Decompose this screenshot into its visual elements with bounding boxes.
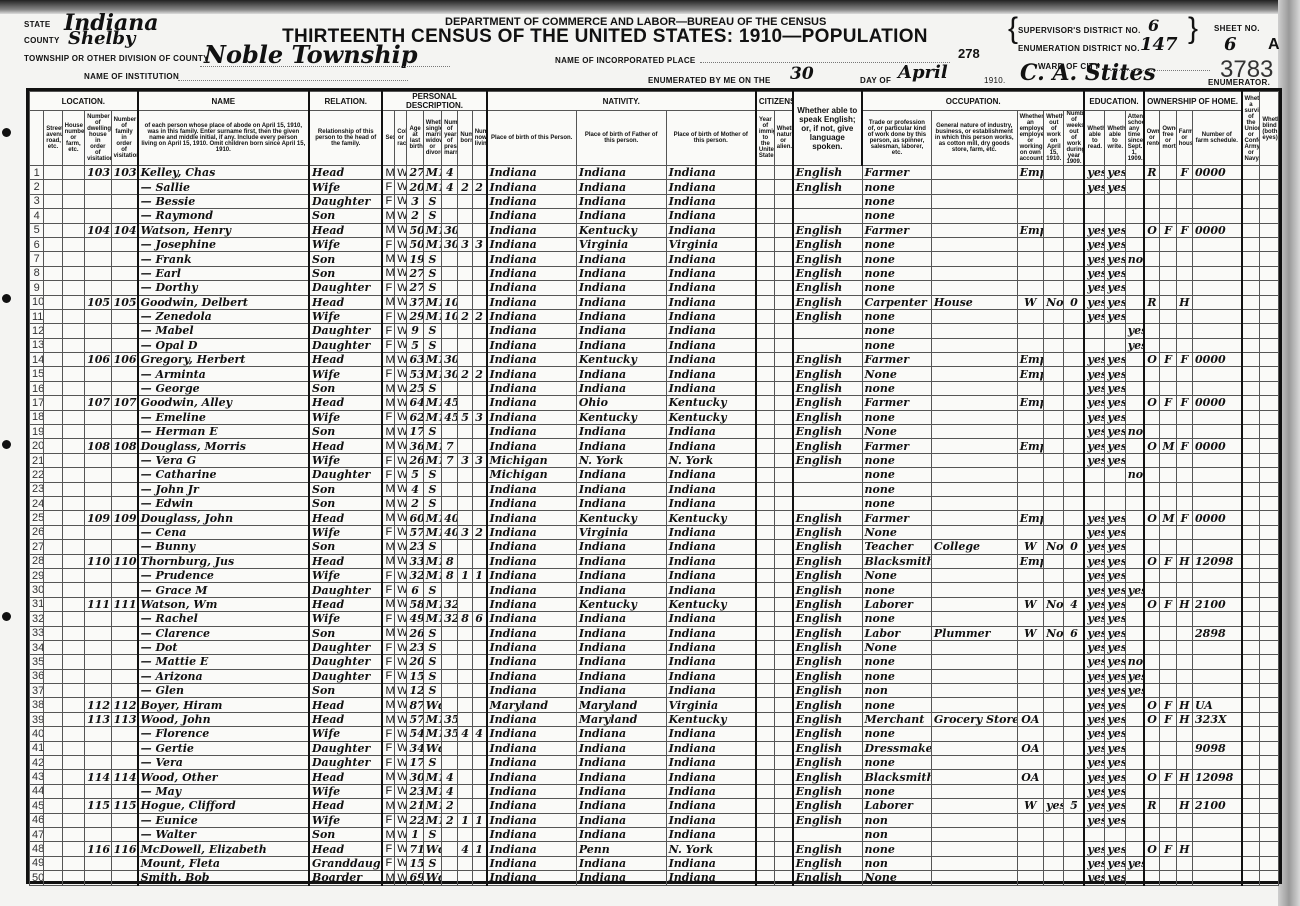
owned-rented-cell: O bbox=[1144, 439, 1160, 453]
race-cell: W bbox=[395, 712, 407, 726]
weeks-out-header: Number of weeks out of work during year … bbox=[1064, 111, 1084, 166]
family-number-cell: 111 bbox=[111, 597, 138, 611]
farm-house-cell bbox=[1176, 626, 1192, 640]
industry-cell bbox=[931, 871, 1017, 885]
trade-cell: Farmer bbox=[862, 166, 931, 180]
industry-cell bbox=[931, 482, 1017, 496]
sex-cell: F bbox=[382, 410, 394, 424]
father-birthplace-cell: Virginia bbox=[576, 237, 666, 251]
can-write-cell: yes bbox=[1105, 166, 1125, 180]
farm-house-cell: F bbox=[1176, 511, 1192, 525]
age-cell: 2 bbox=[407, 209, 423, 223]
industry-cell bbox=[931, 612, 1017, 626]
trade-cell: Laborer bbox=[862, 799, 931, 813]
sex-cell: M bbox=[382, 252, 394, 266]
free-mortgaged-cell bbox=[1160, 827, 1176, 841]
table-row: 35— Mattie EDaughterFW20SIndianaIndianaI… bbox=[30, 655, 1279, 669]
employer-status-cell bbox=[1017, 266, 1044, 280]
sex-header: Sex. bbox=[382, 111, 394, 166]
person-name-cell: — Edwin bbox=[138, 496, 309, 510]
employer-status-cell bbox=[1017, 727, 1044, 741]
years-married-cell bbox=[442, 381, 458, 395]
can-read-cell: yes bbox=[1084, 381, 1104, 395]
free-mortgaged-cell bbox=[1160, 482, 1176, 496]
house-number-cell bbox=[62, 525, 84, 539]
farm-house-cell: H bbox=[1176, 842, 1192, 856]
race-cell: W bbox=[395, 756, 407, 770]
children-born-cell bbox=[458, 756, 472, 770]
marital-status-cell: M1 bbox=[423, 353, 441, 367]
person-name-cell: Douglass, Morris bbox=[138, 439, 309, 453]
employer-status-cell bbox=[1017, 827, 1044, 841]
house-number-cell bbox=[62, 799, 84, 813]
sex-cell: F bbox=[382, 309, 394, 323]
language-cell: English bbox=[793, 396, 862, 410]
language-cell: English bbox=[793, 784, 862, 798]
owned-rented-cell bbox=[1144, 540, 1160, 554]
naturalization-cell bbox=[774, 295, 792, 309]
weeks-out-cell bbox=[1064, 784, 1084, 798]
person-name-cell: Watson, Henry bbox=[138, 223, 309, 237]
can-write-cell: yes bbox=[1105, 453, 1125, 467]
line-number-cell: 16 bbox=[30, 381, 44, 395]
out-of-work-cell bbox=[1044, 410, 1064, 424]
blind-deaf-cell bbox=[1260, 309, 1279, 323]
schedule-header: Number of farm schedule. bbox=[1193, 111, 1242, 166]
father-birthplace-cell: Indiana bbox=[576, 741, 666, 755]
birthplace-cell: Indiana bbox=[487, 583, 577, 597]
children-born-cell bbox=[458, 698, 472, 712]
farm-house-cell: F bbox=[1176, 166, 1192, 180]
trade-cell: Blacksmith bbox=[862, 554, 931, 568]
immigration-year-cell bbox=[756, 482, 774, 496]
naturalization-cell bbox=[774, 669, 792, 683]
person-name-cell: — Gertie bbox=[138, 741, 309, 755]
farm-schedule-codes-cell bbox=[1193, 237, 1242, 251]
employer-status-cell: Emp bbox=[1017, 554, 1044, 568]
school-cell: no bbox=[1125, 252, 1143, 266]
farm-schedule-codes-cell bbox=[1193, 309, 1242, 323]
dwelling-number-cell bbox=[85, 266, 112, 280]
birthplace-cell: Indiana bbox=[487, 655, 577, 669]
family-number-cell bbox=[111, 540, 138, 554]
house-number-cell bbox=[62, 237, 84, 251]
scan-top-edge bbox=[0, 0, 1300, 14]
trade-cell: none bbox=[862, 842, 931, 856]
dwelling-number-cell: 107 bbox=[85, 396, 112, 410]
naturalization-cell bbox=[774, 827, 792, 841]
line-number-cell: 14 bbox=[30, 353, 44, 367]
line-number-cell: 12 bbox=[30, 324, 44, 338]
owned-rented-cell: O bbox=[1144, 842, 1160, 856]
language-cell: English bbox=[793, 698, 862, 712]
school-cell bbox=[1125, 698, 1143, 712]
can-write-cell: yes bbox=[1105, 223, 1125, 237]
weeks-out-cell bbox=[1064, 381, 1084, 395]
mother-birthplace-cell: Indiana bbox=[666, 381, 756, 395]
children-living-cell bbox=[472, 223, 486, 237]
family-number-cell: 104 bbox=[111, 223, 138, 237]
school-cell bbox=[1125, 281, 1143, 295]
years-married-cell: 30 bbox=[442, 353, 458, 367]
industry-cell bbox=[931, 266, 1017, 280]
owned-rented-cell bbox=[1144, 525, 1160, 539]
dwelling-number-cell bbox=[85, 281, 112, 295]
farm-house-cell bbox=[1176, 252, 1192, 266]
industry-cell: Plummer bbox=[931, 626, 1017, 640]
mother-birthplace-cell: Indiana bbox=[666, 496, 756, 510]
age-cell: 23 bbox=[407, 540, 423, 554]
farm-house-cell bbox=[1176, 525, 1192, 539]
dwelling-number-cell: 104 bbox=[85, 223, 112, 237]
out-of-work-cell: No bbox=[1044, 597, 1064, 611]
table-row: 1103103Kelley, ChasHeadMW27M14IndianaInd… bbox=[30, 166, 1279, 180]
can-read-cell: yes bbox=[1084, 813, 1104, 827]
table-row: 7— FrankSonMW19SIndianaIndianaIndianaEng… bbox=[30, 252, 1279, 266]
race-cell: W bbox=[395, 353, 407, 367]
relation-cell: Head bbox=[309, 166, 382, 180]
person-name-cell: — George bbox=[138, 381, 309, 395]
line-number-cell: 42 bbox=[30, 756, 44, 770]
binder-hole bbox=[2, 128, 11, 137]
farm-house-cell: H bbox=[1176, 597, 1192, 611]
table-row: 14106106Gregory, HerbertHeadMW63M130Indi… bbox=[30, 353, 1279, 367]
age-cell: 20 bbox=[407, 655, 423, 669]
marital-status-cell: S bbox=[423, 496, 441, 510]
out-of-work-cell bbox=[1044, 209, 1064, 223]
mother-birthplace-cell: Indiana bbox=[666, 871, 756, 885]
race-cell: W bbox=[395, 669, 407, 683]
free-header: Owned free or mortgaged. bbox=[1160, 111, 1176, 166]
person-name-cell: — Walter bbox=[138, 827, 309, 841]
father-birthplace-cell: Indiana bbox=[576, 856, 666, 870]
marital-status-cell: S bbox=[423, 252, 441, 266]
age-cell: 27 bbox=[407, 281, 423, 295]
family-number-cell bbox=[111, 468, 138, 482]
trade-cell: none bbox=[862, 281, 931, 295]
house-number-cell bbox=[62, 453, 84, 467]
children-born-cell bbox=[458, 194, 472, 208]
age-cell: 57 bbox=[407, 525, 423, 539]
employer-status-cell bbox=[1017, 410, 1044, 424]
can-read-cell: yes bbox=[1084, 612, 1104, 626]
immigration-year-cell bbox=[756, 511, 774, 525]
weeks-out-cell bbox=[1064, 353, 1084, 367]
relation-cell: Daughter bbox=[309, 324, 382, 338]
school-cell bbox=[1125, 194, 1143, 208]
table-row: 3— BessieDaughterFW3SIndianaIndianaIndia… bbox=[30, 194, 1279, 208]
family-number-cell bbox=[111, 568, 138, 582]
marital-status-cell: M1 bbox=[423, 511, 441, 525]
family-number-cell bbox=[111, 813, 138, 827]
father-birthplace-cell: Indiana bbox=[576, 540, 666, 554]
age-cell: 12 bbox=[407, 684, 423, 698]
veteran-cell bbox=[1242, 626, 1260, 640]
table-row: 8— EarlSonMW27SIndianaIndianaIndianaEngl… bbox=[30, 266, 1279, 280]
industry-header: General nature of industry, business, or… bbox=[931, 111, 1017, 166]
relation-cell: Daughter bbox=[309, 669, 382, 683]
immigration-year-cell bbox=[756, 554, 774, 568]
sheet-label: SHEET NO. bbox=[1214, 24, 1260, 33]
relation-cell: Son bbox=[309, 209, 382, 223]
veteran-cell bbox=[1242, 612, 1260, 626]
naturalization-cell bbox=[774, 655, 792, 669]
race-cell: W bbox=[395, 209, 407, 223]
trade-cell: none bbox=[862, 756, 931, 770]
immigration-year-cell bbox=[756, 655, 774, 669]
school-cell: yes bbox=[1125, 338, 1143, 352]
line-number-cell: 44 bbox=[30, 784, 44, 798]
dwelling-number-cell bbox=[85, 209, 112, 223]
person-name-cell: — Dot bbox=[138, 640, 309, 654]
father-birthplace-cell: Indiana bbox=[576, 727, 666, 741]
mother-birthplace-cell: Indiana bbox=[666, 669, 756, 683]
dwelling-number-cell bbox=[85, 324, 112, 338]
children-born-cell bbox=[458, 425, 472, 439]
street-cell bbox=[44, 540, 62, 554]
children-born-cell: 2 bbox=[458, 367, 472, 381]
veteran-cell bbox=[1242, 367, 1260, 381]
naturalized-header: Whether naturalized or alien. bbox=[774, 111, 792, 166]
street-cell bbox=[44, 396, 62, 410]
trade-cell: none bbox=[862, 309, 931, 323]
house-number-cell bbox=[62, 813, 84, 827]
language-cell: English bbox=[793, 597, 862, 611]
farm-schedule-codes-cell bbox=[1193, 684, 1242, 698]
sex-cell: M bbox=[382, 540, 394, 554]
age-cell: 23 bbox=[407, 640, 423, 654]
street-cell bbox=[44, 338, 62, 352]
owned-rented-cell bbox=[1144, 568, 1160, 582]
veteran-cell bbox=[1242, 684, 1260, 698]
employer-status-cell: Emp bbox=[1017, 223, 1044, 237]
out-of-work-cell bbox=[1044, 439, 1064, 453]
sex-cell: F bbox=[382, 612, 394, 626]
house-number-cell bbox=[62, 597, 84, 611]
dwelling-number-cell bbox=[85, 468, 112, 482]
farm-schedule-codes-cell bbox=[1193, 453, 1242, 467]
house-number-cell bbox=[62, 338, 84, 352]
language-cell bbox=[793, 324, 862, 338]
can-write-cell bbox=[1105, 209, 1125, 223]
table-row: 9— DorthyDaughterFW27SIndianaIndianaIndi… bbox=[30, 281, 1279, 295]
table-row: 29— PrudenceWifeFW32M1811IndianaIndianaI… bbox=[30, 568, 1279, 582]
children-living-cell: 3 bbox=[472, 237, 486, 251]
children-born-cell bbox=[458, 252, 472, 266]
person-name-cell: Boyer, Hiram bbox=[138, 698, 309, 712]
school-cell bbox=[1125, 410, 1143, 424]
school-cell: yes bbox=[1125, 856, 1143, 870]
children-born-cell bbox=[458, 468, 472, 482]
language-cell: English bbox=[793, 799, 862, 813]
language-cell bbox=[793, 482, 862, 496]
children-born-cell bbox=[458, 223, 472, 237]
father-birthplace-cell: Kentucky bbox=[576, 597, 666, 611]
race-cell: W bbox=[395, 856, 407, 870]
table-row: 6— JosephineWifeFW50M13033IndianaVirgini… bbox=[30, 237, 1279, 251]
can-write-cell: yes bbox=[1105, 756, 1125, 770]
dwelling-number-cell bbox=[85, 381, 112, 395]
children-living-cell bbox=[472, 396, 486, 410]
age-cell: 5 bbox=[407, 338, 423, 352]
language-cell: English bbox=[793, 842, 862, 856]
industry-cell bbox=[931, 640, 1017, 654]
can-read-cell: yes bbox=[1084, 266, 1104, 280]
naturalization-cell bbox=[774, 180, 792, 194]
house-number-cell bbox=[62, 554, 84, 568]
street-cell bbox=[44, 180, 62, 194]
children-living-cell bbox=[472, 698, 486, 712]
naturalization-cell bbox=[774, 482, 792, 496]
farm-house-cell bbox=[1176, 856, 1192, 870]
free-mortgaged-cell bbox=[1160, 540, 1176, 554]
farm-schedule-codes-cell: 9098 bbox=[1193, 741, 1242, 755]
children-born-cell: 1 bbox=[458, 813, 472, 827]
veteran-cell bbox=[1242, 655, 1260, 669]
immigration-year-cell bbox=[756, 712, 774, 726]
street-cell bbox=[44, 353, 62, 367]
owned-rented-cell: O bbox=[1144, 353, 1160, 367]
employer-status-cell bbox=[1017, 237, 1044, 251]
school-cell bbox=[1125, 266, 1143, 280]
farm-schedule-codes-cell bbox=[1193, 655, 1242, 669]
street-cell bbox=[44, 324, 62, 338]
children-living-cell: 6 bbox=[472, 612, 486, 626]
enumerated-day: 30 bbox=[790, 64, 814, 84]
relation-cell: Wife bbox=[309, 612, 382, 626]
children-born-cell bbox=[458, 712, 472, 726]
mother-birthplace-cell: Kentucky bbox=[666, 410, 756, 424]
blind-deaf-cell bbox=[1260, 482, 1279, 496]
line-number-cell: 45 bbox=[30, 799, 44, 813]
veteran-cell bbox=[1242, 453, 1260, 467]
owned-rented-cell: O bbox=[1144, 223, 1160, 237]
can-write-cell: yes bbox=[1105, 813, 1125, 827]
table-row: 5104104Watson, HenryHeadMW50M130IndianaK… bbox=[30, 223, 1279, 237]
children-living-cell: 1 bbox=[472, 813, 486, 827]
industry-cell bbox=[931, 324, 1017, 338]
farm-house-cell bbox=[1176, 655, 1192, 669]
sex-cell: M bbox=[382, 266, 394, 280]
trade-cell: Blacksmith bbox=[862, 770, 931, 784]
birthplace-cell: Indiana bbox=[487, 482, 577, 496]
blind-deaf-cell bbox=[1260, 856, 1279, 870]
father-birthplace-cell: Maryland bbox=[576, 712, 666, 726]
farm-schedule-codes-cell: 2100 bbox=[1193, 597, 1242, 611]
owned-rented-cell bbox=[1144, 180, 1160, 194]
family-number-cell bbox=[111, 583, 138, 597]
enumerated-month: April bbox=[898, 62, 948, 83]
school-cell bbox=[1125, 568, 1143, 582]
street-cell bbox=[44, 367, 62, 381]
school-cell bbox=[1125, 295, 1143, 309]
years-married-cell: 4 bbox=[442, 166, 458, 180]
children-born-cell bbox=[458, 856, 472, 870]
years-married-cell bbox=[442, 425, 458, 439]
blind-deaf-cell bbox=[1260, 353, 1279, 367]
years-married-cell bbox=[442, 626, 458, 640]
dwelling-number-cell: 110 bbox=[85, 554, 112, 568]
language-cell: English bbox=[793, 583, 862, 597]
father-birthplace-cell: Indiana bbox=[576, 583, 666, 597]
table-row: 11— ZenedolaWifeFW29M11022IndianaIndiana… bbox=[30, 309, 1279, 323]
out-of-work-cell bbox=[1044, 813, 1064, 827]
person-name-cell: — Earl bbox=[138, 266, 309, 280]
house-number-cell bbox=[62, 583, 84, 597]
street-cell bbox=[44, 712, 62, 726]
trade-cell: non bbox=[862, 856, 931, 870]
children-born-cell bbox=[458, 266, 472, 280]
mother-birthplace-cell: Indiana bbox=[666, 799, 756, 813]
person-name-cell: Thornburg, Jus bbox=[138, 554, 309, 568]
years-married-cell: 10 bbox=[442, 309, 458, 323]
owned-rented-cell bbox=[1144, 453, 1160, 467]
street-cell bbox=[44, 496, 62, 510]
free-mortgaged-cell bbox=[1160, 496, 1176, 510]
race-cell: W bbox=[395, 813, 407, 827]
father-birthplace-cell: Virginia bbox=[576, 525, 666, 539]
dwelling-number-cell bbox=[85, 612, 112, 626]
mother-birthplace-cell: Indiana bbox=[666, 655, 756, 669]
father-birthplace-cell: Indiana bbox=[576, 655, 666, 669]
employer-status-cell: Emp bbox=[1017, 367, 1044, 381]
veteran-cell bbox=[1242, 194, 1260, 208]
immigration-year-cell bbox=[756, 871, 774, 885]
sheet-value: 6 bbox=[1224, 34, 1237, 55]
years-married-cell: 32 bbox=[442, 612, 458, 626]
family-number-cell bbox=[111, 612, 138, 626]
table-row: 33— ClarenceSonMW26SIndianaIndianaIndian… bbox=[30, 626, 1279, 640]
children-living-cell: 1 bbox=[472, 842, 486, 856]
farm-house-cell bbox=[1176, 482, 1192, 496]
line-number-cell: 9 bbox=[30, 281, 44, 295]
trade-cell: non bbox=[862, 827, 931, 841]
age-cell: 62 bbox=[407, 410, 423, 424]
language-cell: English bbox=[793, 856, 862, 870]
age-cell: 30 bbox=[407, 770, 423, 784]
race-cell: W bbox=[395, 281, 407, 295]
can-read-cell: yes bbox=[1084, 540, 1104, 554]
immigration-year-cell bbox=[756, 784, 774, 798]
can-write-cell: yes bbox=[1105, 266, 1125, 280]
free-mortgaged-cell bbox=[1160, 525, 1176, 539]
line-number-cell: 47 bbox=[30, 827, 44, 841]
farm-schedule-codes-cell bbox=[1193, 784, 1242, 798]
dwelling-number-cell bbox=[85, 453, 112, 467]
line-number-cell: 41 bbox=[30, 741, 44, 755]
veteran-cell bbox=[1242, 756, 1260, 770]
children-born-cell bbox=[458, 209, 472, 223]
farm-house-cell bbox=[1176, 338, 1192, 352]
family-number-cell bbox=[111, 367, 138, 381]
naturalization-cell bbox=[774, 856, 792, 870]
mother-birthplace-cell: Indiana bbox=[666, 741, 756, 755]
free-mortgaged-cell bbox=[1160, 410, 1176, 424]
immigration-year-cell bbox=[756, 583, 774, 597]
dwelling-number-cell bbox=[85, 367, 112, 381]
farm-house-cell bbox=[1176, 410, 1192, 424]
veteran-cell bbox=[1242, 396, 1260, 410]
naturalization-cell bbox=[774, 367, 792, 381]
free-mortgaged-cell bbox=[1160, 640, 1176, 654]
house-number-cell bbox=[62, 281, 84, 295]
language-cell bbox=[793, 209, 862, 223]
relation-cell: Wife bbox=[309, 180, 382, 194]
school-cell bbox=[1125, 223, 1143, 237]
children-living-cell bbox=[472, 252, 486, 266]
owned-rented-cell bbox=[1144, 309, 1160, 323]
dwelling-number-cell bbox=[85, 496, 112, 510]
